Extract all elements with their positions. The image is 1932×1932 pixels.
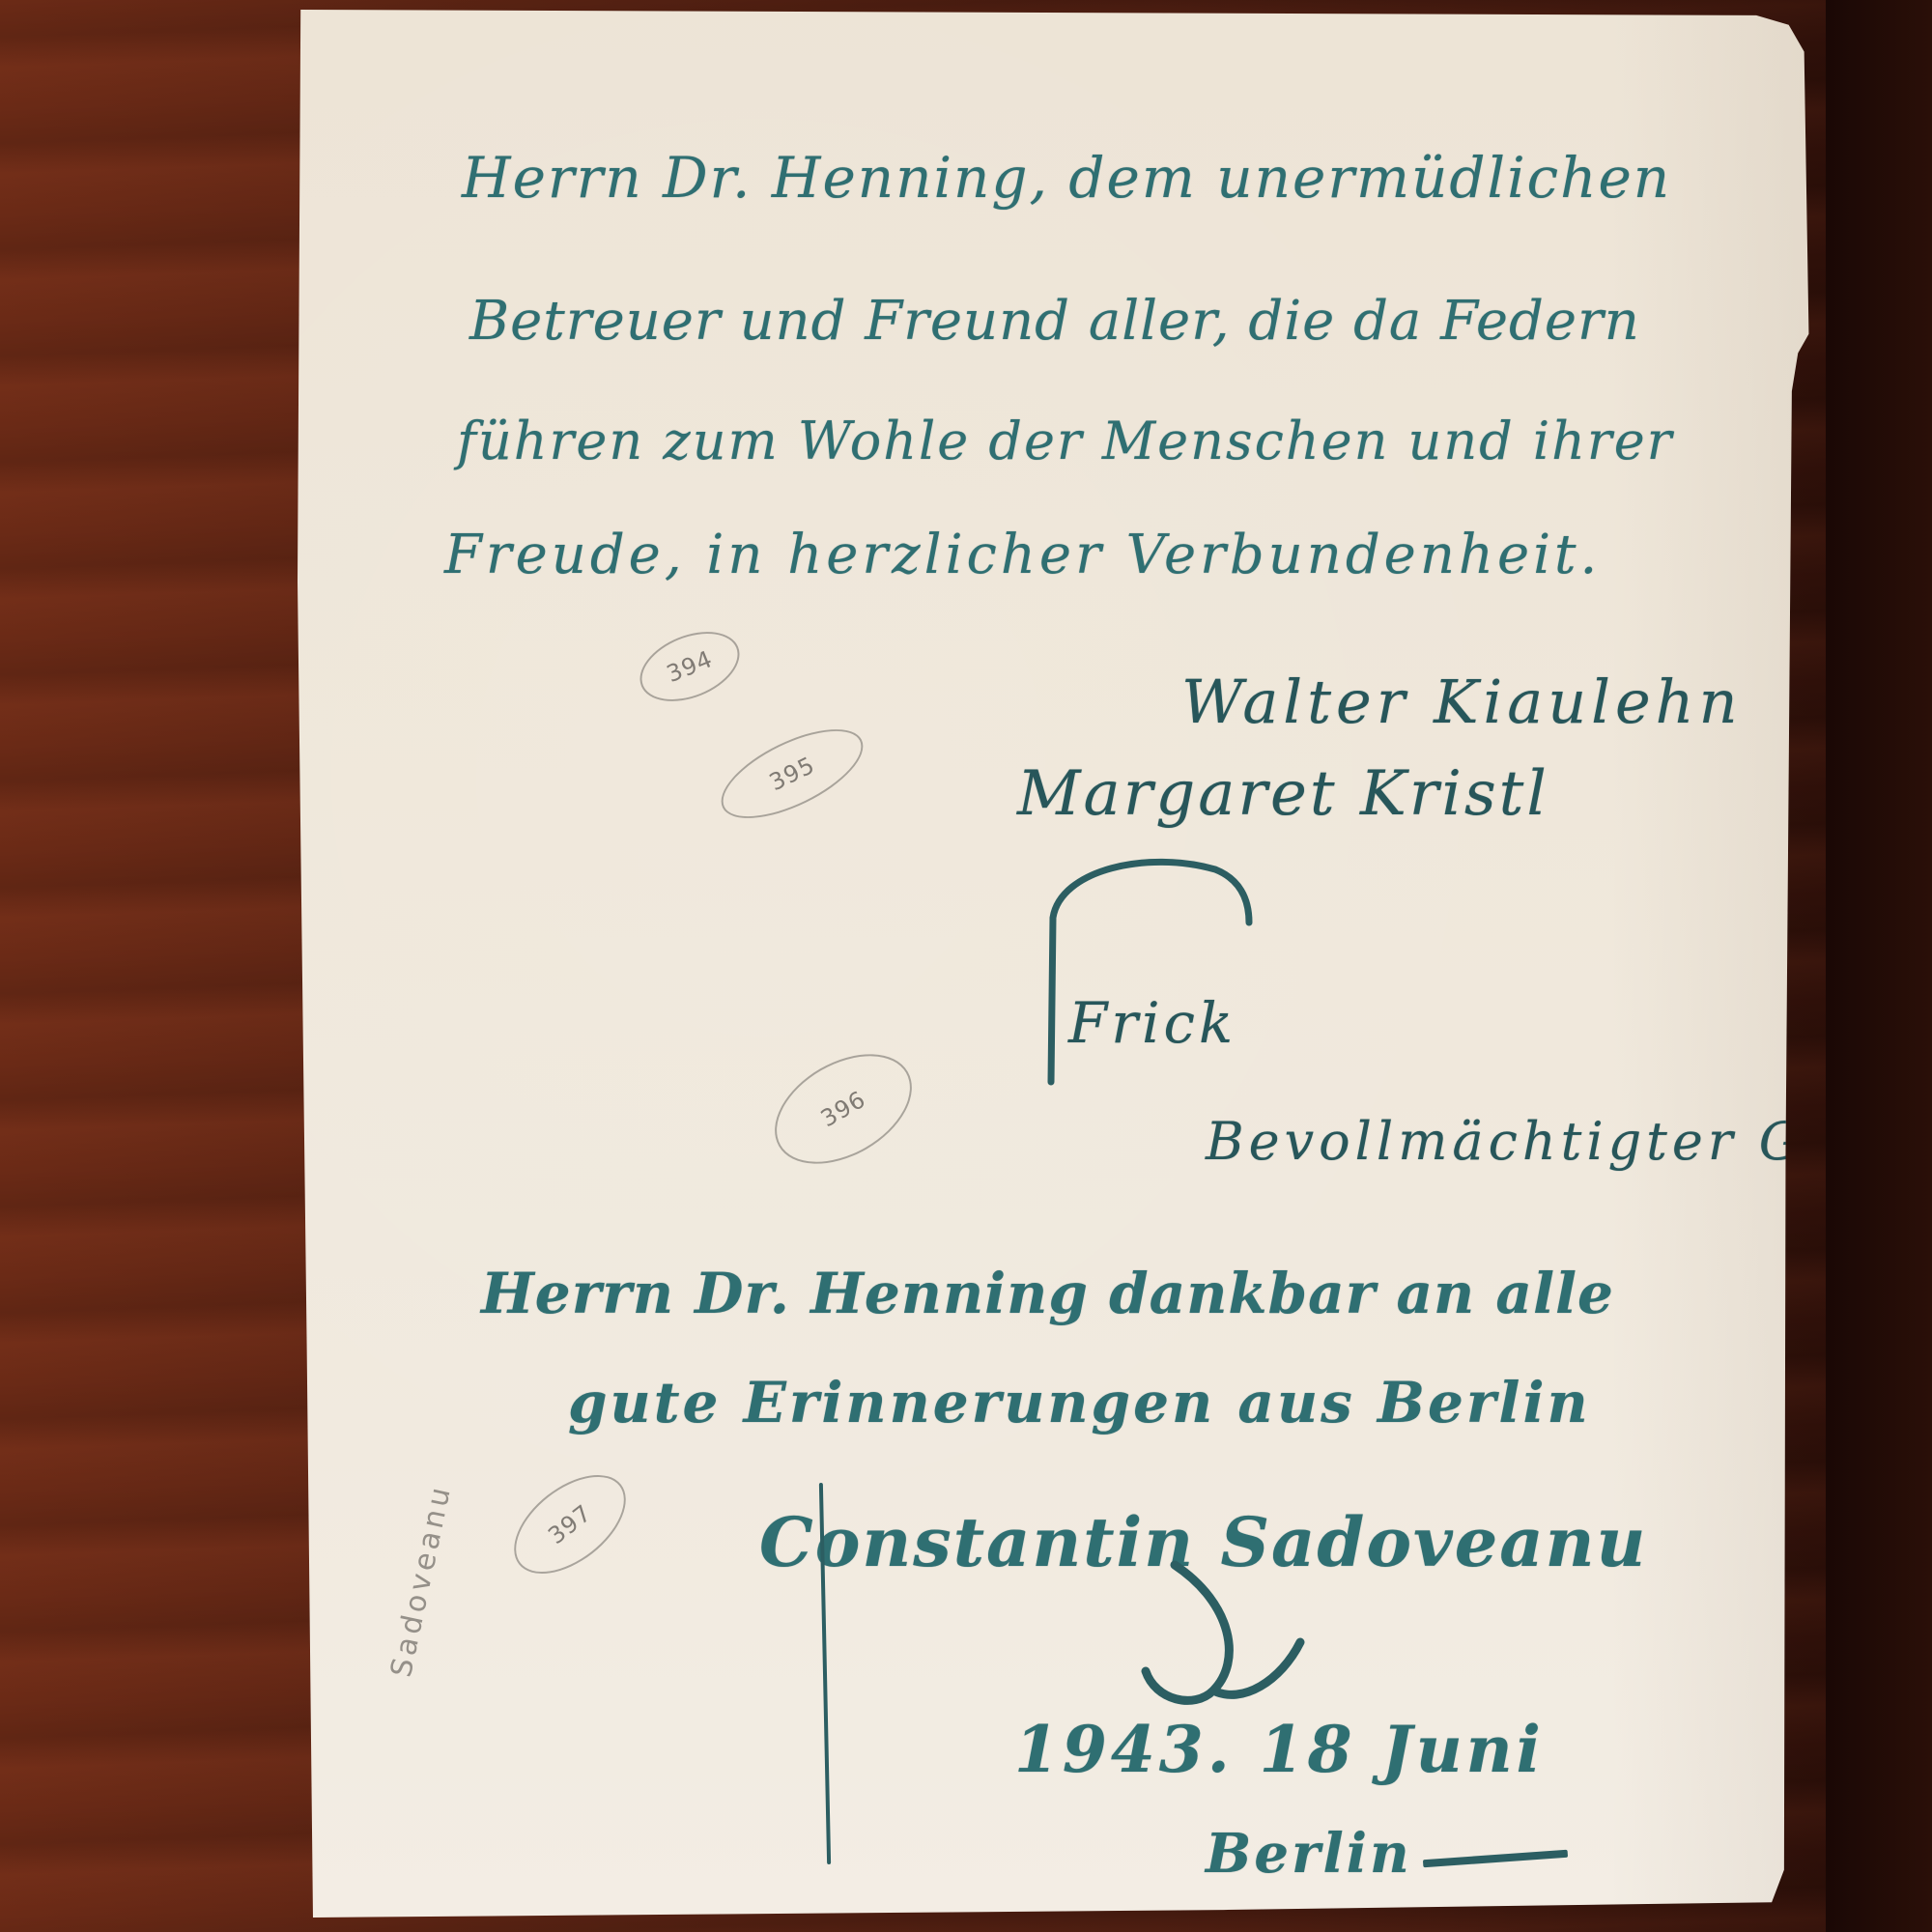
dedication-line-3: führen zum Wohle der Menschen und ihrer xyxy=(457,411,1673,471)
dedication-line-2: Betreuer und Freund aller, die da Federn xyxy=(469,290,1640,353)
catalog-number: 394 xyxy=(663,645,717,688)
signature-3: Frick xyxy=(1068,990,1236,1056)
second-dedication-line-1: Herrn Dr. Henning dankbar an alle xyxy=(481,1261,1614,1326)
catalog-oval-394: 394 xyxy=(630,618,750,715)
signature-1: Walter Kiaulehn xyxy=(1181,667,1743,737)
date: 1943. 18 Juni xyxy=(1014,1712,1545,1787)
dedication-line-1: Herrn Dr. Henning, dem unermüdlichen xyxy=(462,145,1671,211)
signature-flourish xyxy=(1117,1517,1349,1729)
table-shadow-edge xyxy=(1826,0,1932,1932)
place: Berlin xyxy=(1206,1822,1412,1886)
document-page: Herrn Dr. Henning, dem unermüdlichen Bet… xyxy=(298,10,1841,1918)
catalog-oval-397: 397 xyxy=(497,1456,643,1593)
pencil-margin-note: Sadoveanu xyxy=(384,1481,459,1680)
place-underline-stroke xyxy=(1423,1850,1568,1867)
dedication-line-4: Freude, in herzlicher Verbundenheit. xyxy=(444,524,1601,586)
catalog-oval-395: 395 xyxy=(709,711,876,836)
catalog-number: 395 xyxy=(765,752,819,797)
catalog-number: 396 xyxy=(816,1086,870,1133)
catalog-oval-396: 396 xyxy=(755,1032,930,1186)
second-dedication-line-2: gute Erinnerungen aus Berlin xyxy=(568,1370,1591,1435)
catalog-number: 397 xyxy=(543,1499,597,1549)
signature-2: Margaret Kristl xyxy=(1017,758,1549,830)
